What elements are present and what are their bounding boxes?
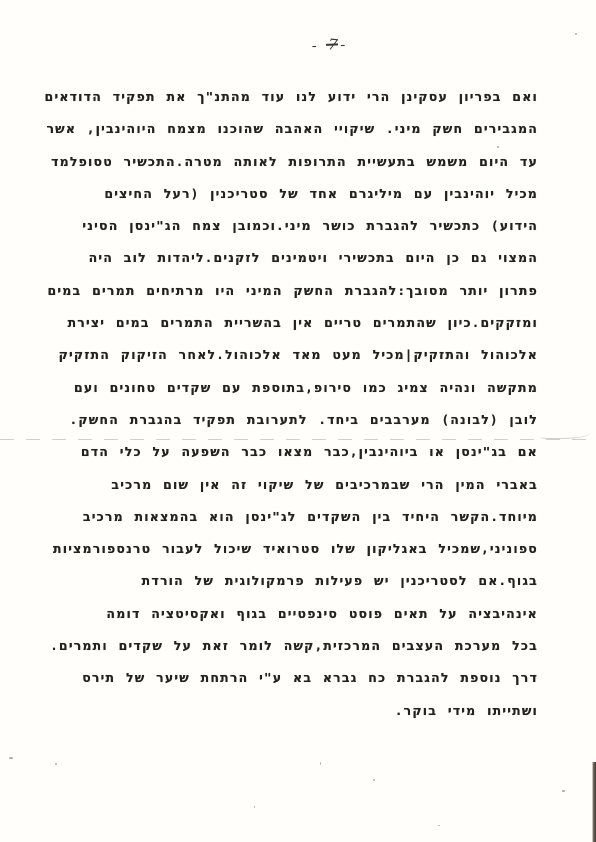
text-line: ספוניני,שמכיל באגליקון שלו סטרואיד שיכול… bbox=[52, 533, 538, 565]
scan-speckle bbox=[438, 825, 440, 826]
scan-speckle bbox=[9, 757, 13, 759]
scan-speckle bbox=[55, 763, 57, 765]
paper-fold-crease bbox=[0, 439, 596, 440]
text-line: אם בג"ינסן או ביוהינבין,כבר מצאו כבר השפ… bbox=[52, 436, 538, 468]
scanned-document-page: - 7- ואם בפריון עסקינן הרי ידוע לנו עוד … bbox=[0, 0, 596, 842]
page-number: - 7- bbox=[300, 35, 361, 55]
text-line: המגבירים חשק מיני. שיקויי האהבה שהוכנו מ… bbox=[52, 113, 538, 145]
text-line: עד היום משמש בתעשיית התרופות לאותה מטרה.… bbox=[52, 146, 538, 178]
page-number-prefix: - bbox=[311, 36, 320, 54]
text-line: פתרון יותר מסובך:להגברת החשק המיני היו מ… bbox=[52, 275, 538, 307]
text-line: אינהיבציה על תאים פוסט סינפטיים בגוף ואק… bbox=[52, 598, 538, 630]
paper-fold-crease-end bbox=[540, 430, 590, 439]
text-line: ואם בפריון עסקינן הרי ידוע לנו עוד מהתנ"… bbox=[52, 81, 538, 113]
text-line: לובן (לבונה) מערבבים ביחד. לתערובת תפקיד… bbox=[52, 404, 538, 436]
scan-speckle bbox=[320, 762, 321, 765]
scan-speckle bbox=[575, 33, 577, 35]
text-line: מתקשה ונהיה צמיג כמו סירופ,בתוספת עם שקד… bbox=[52, 372, 538, 404]
text-line: בגוף.אם לסטריכנין יש פעילות פרמקולוגית ש… bbox=[52, 565, 538, 597]
scan-speckle bbox=[562, 790, 565, 792]
scan-speckle bbox=[497, 146, 499, 148]
text-line: מכיל יוהינבין עם מיליגרם אחד של סטריכנין… bbox=[52, 178, 538, 210]
text-line: באברי המין הרי שבמרכיבים של שיקוי זה אין… bbox=[52, 469, 538, 501]
body-text: ואם בפריון עסקינן הרי ידוע לנו עוד מהתנ"… bbox=[52, 81, 538, 727]
scan-speckle bbox=[254, 806, 255, 808]
page-number-value: 7 bbox=[327, 35, 341, 54]
text-line: הידוע) כתכשיר להגברת כושר מיני.וכמובן צמ… bbox=[52, 210, 538, 242]
scanner-edge-shadow bbox=[592, 762, 596, 842]
text-line: אלכוהול והתזקיק|מכיל מעט מאד אלכוהול.לאח… bbox=[52, 339, 538, 371]
text-line: דרך נוספת להגברת כח גברא בא ע"י הרתחת שי… bbox=[52, 662, 538, 694]
text-line: מיוחד.הקשר היחיד בין השקדים לג"ינסן הוא … bbox=[52, 501, 538, 533]
text-line: בכל מערכת העצבים המרכזית,קשה לומר זאת על… bbox=[52, 630, 538, 662]
text-line: ומזקקים.כיון שהתמרים טריים אין בהשריית ה… bbox=[52, 307, 538, 339]
text-line: ושתייתו מידי בוקר. bbox=[52, 695, 538, 727]
text-line: המצוי גם כן היום בתכשירי ויטמינים לזקנים… bbox=[52, 242, 538, 274]
scan-speckle bbox=[373, 779, 375, 781]
